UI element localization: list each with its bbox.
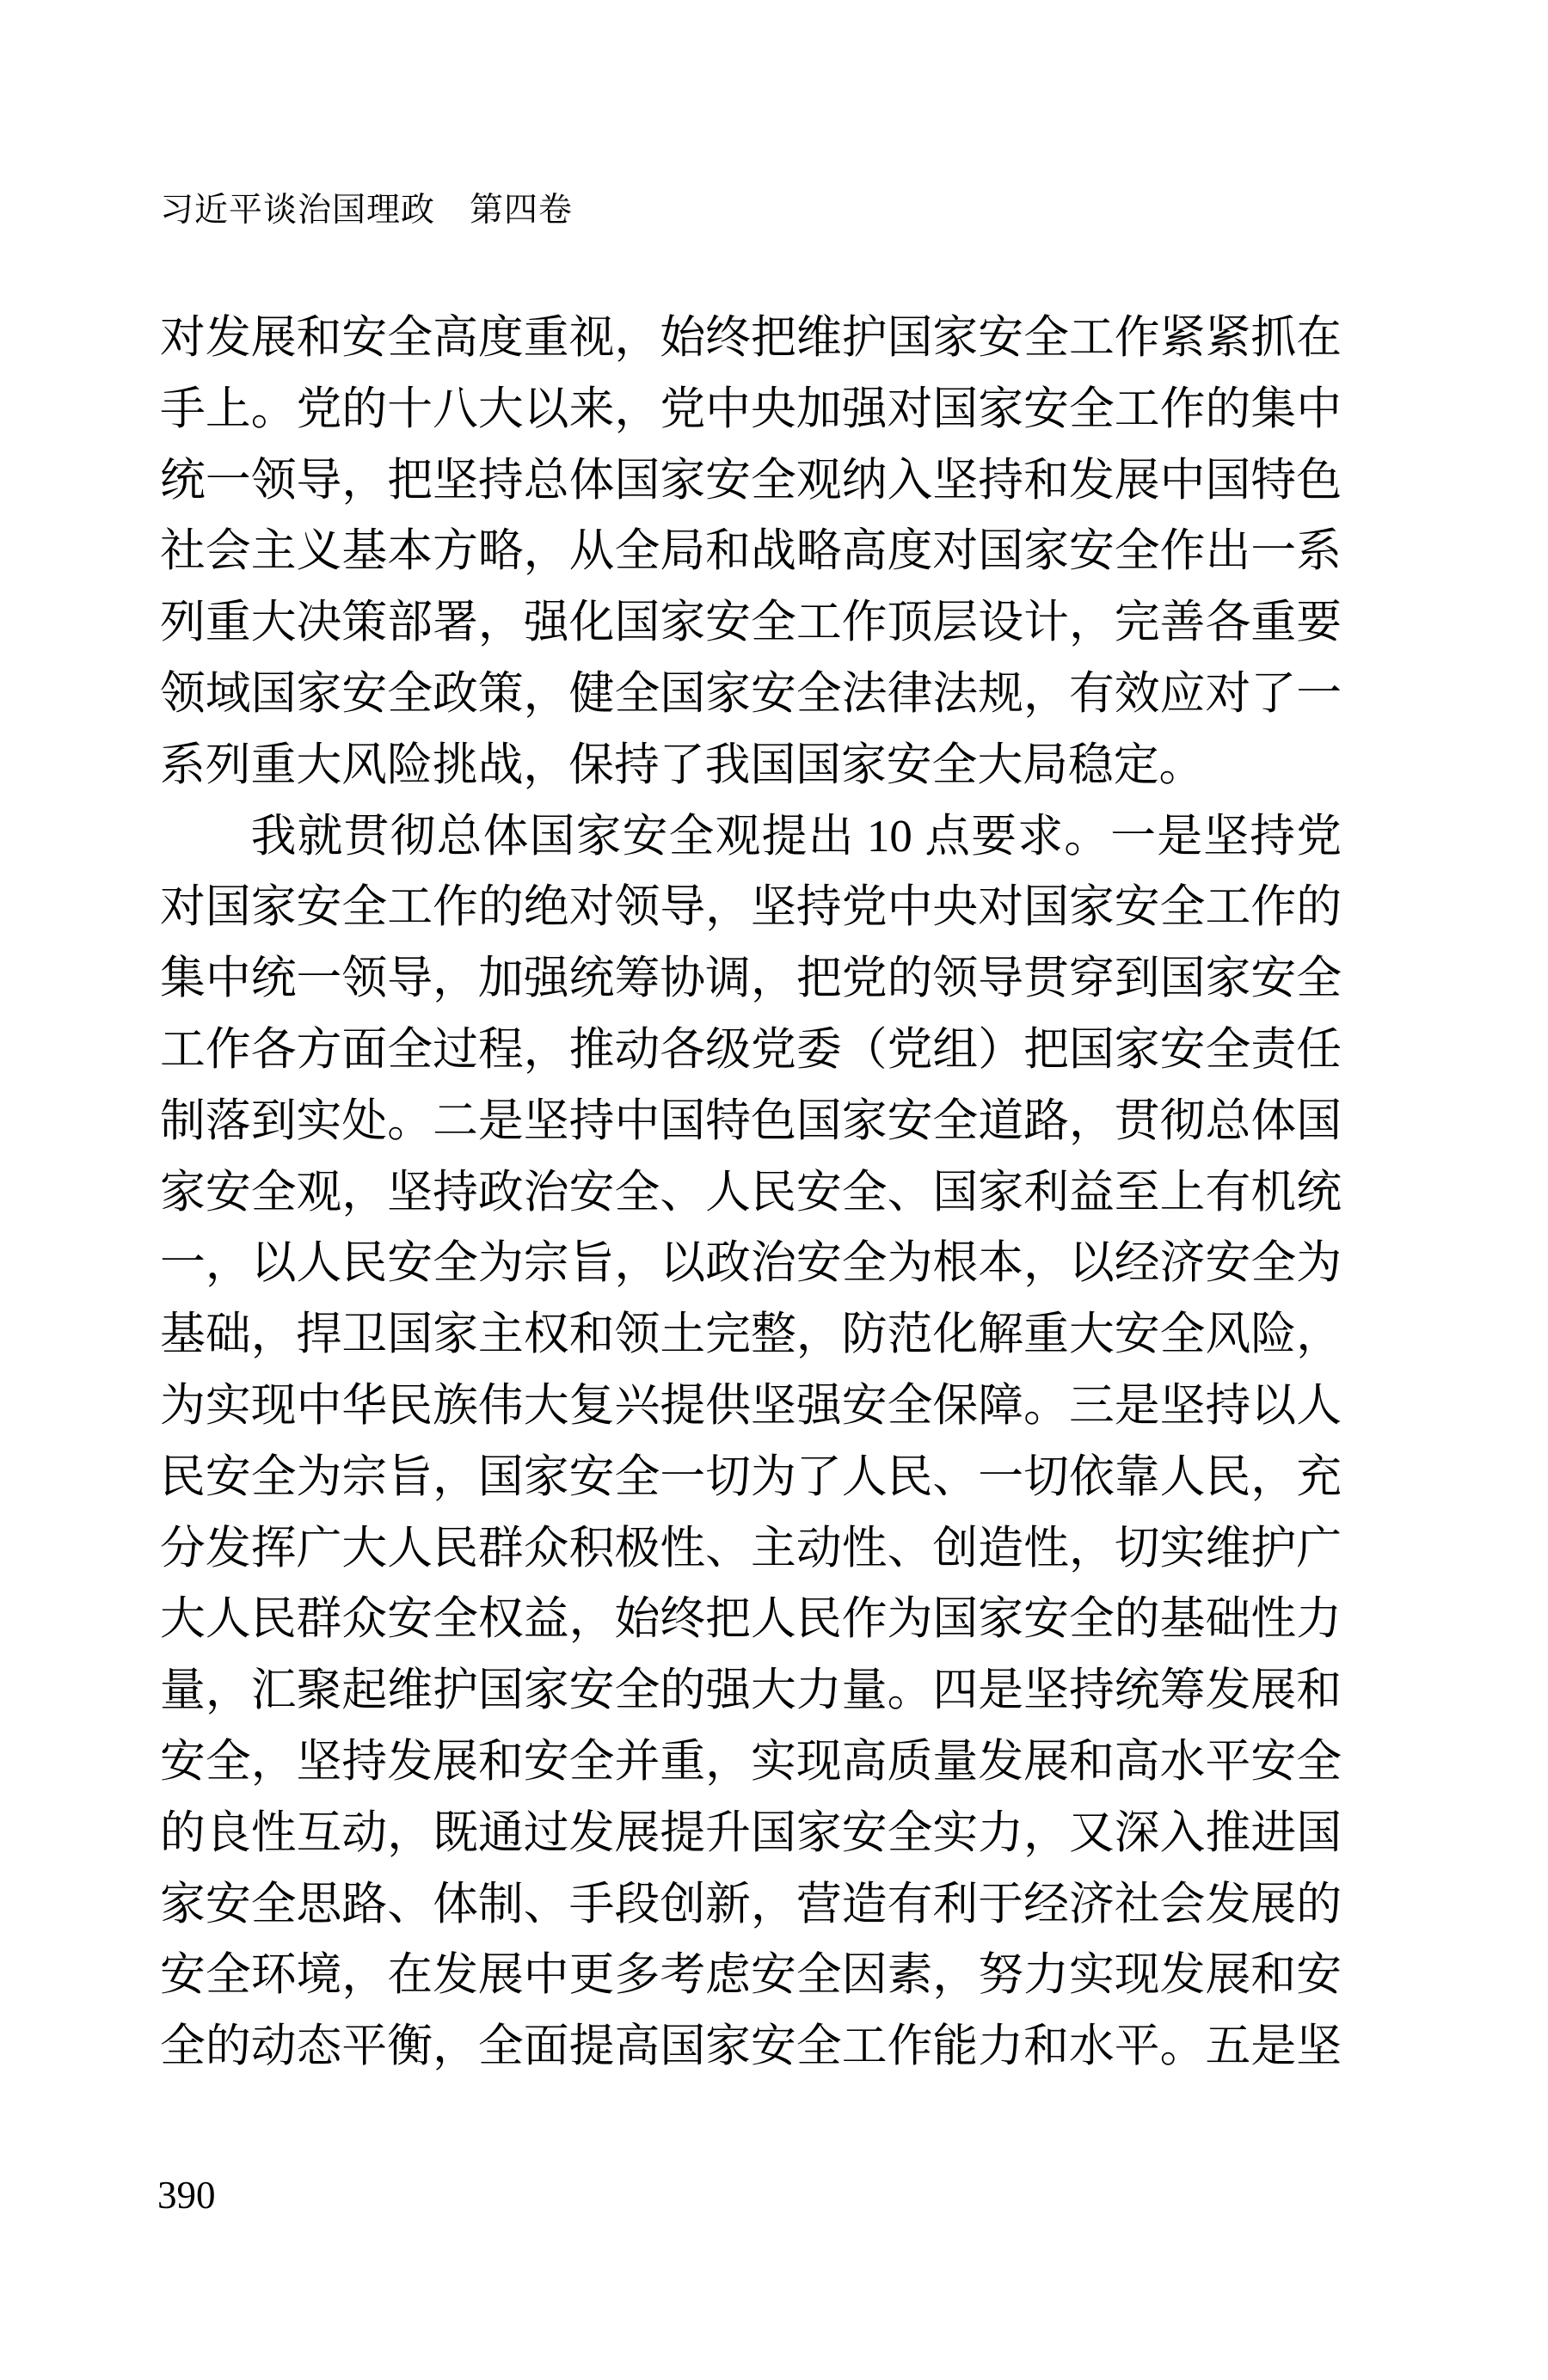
body-text-line-paragraph-end: 系列重大风险挑战，保持了我国国家安全大局稳定。 <box>160 730 1342 801</box>
body-text-line: 社会主义基本方略，从全局和战略高度对国家安全作出一系 <box>160 516 1342 587</box>
body-text-line: 家安全观，坚持政治安全、人民安全、国家利益至上有机统 <box>160 1157 1342 1229</box>
body-text-line-paragraph-start: 我就贯彻总体国家安全观提出 10 点要求。一是坚持党 <box>160 801 1342 873</box>
body-text-line: 对发展和安全高度重视，始终把维护国家安全工作紧紧抓在 <box>160 303 1342 374</box>
running-head: 习近平谈治国理政 第四卷 <box>160 191 573 230</box>
body-text-line: 安全环境，在发展中更多考虑安全因素，努力实现发展和安 <box>160 1940 1342 2011</box>
body-text-line: 民安全为宗旨，国家安全一切为了人民、一切依靠人民，充 <box>160 1442 1342 1513</box>
body-text-line: 手上。党的十八大以来，党中央加强对国家安全工作的集中 <box>160 374 1342 445</box>
body-text-line: 量，汇聚起维护国家安全的强大力量。四是坚持统筹发展和 <box>160 1655 1342 1727</box>
body-text-line: 家安全思路、体制、手段创新，营造有利于经济社会发展的 <box>160 1869 1342 1941</box>
body-text-line: 全的动态平衡，全面提高国家安全工作能力和水平。五是坚 <box>160 2011 1342 2082</box>
page-number: 390 <box>157 2174 216 2217</box>
body-text-line: 列重大决策部署，强化国家安全工作顶层设计，完善各重要 <box>160 587 1342 659</box>
book-page: 习近平谈治国理政 第四卷 对发展和安全高度重视，始终把维护国家安全工作紧紧抓在 … <box>0 0 1548 2380</box>
body-text-line: 统一领导，把坚持总体国家安全观纳入坚持和发展中国特色 <box>160 445 1342 517</box>
body-text-line: 工作各方面全过程，推动各级党委（党组）把国家安全责任 <box>160 1015 1342 1086</box>
body-text-line: 领域国家安全政策，健全国家安全法律法规，有效应对了一 <box>160 659 1342 730</box>
body-text-line: 安全，坚持发展和安全并重，实现高质量发展和高水平安全 <box>160 1727 1342 1798</box>
body-text-line: 对国家安全工作的绝对领导，坚持党中央对国家安全工作的 <box>160 872 1342 943</box>
body-text-line: 集中统一领导，加强统筹协调，把党的领导贯穿到国家安全 <box>160 943 1342 1015</box>
body-text-line: 大人民群众安全权益，始终把人民作为国家安全的基础性力 <box>160 1584 1342 1655</box>
body-text-line: 一，以人民安全为宗旨，以政治安全为根本，以经济安全为 <box>160 1228 1342 1299</box>
body-text-line: 的良性互动，既通过发展提升国家安全实力，又深入推进国 <box>160 1798 1342 1869</box>
body-text-line: 制落到实处。二是坚持中国特色国家安全道路，贯彻总体国 <box>160 1086 1342 1157</box>
body-text-line: 分发挥广大人民群众积极性、主动性、创造性，切实维护广 <box>160 1513 1342 1585</box>
body-text-line: 基础，捍卫国家主权和领土完整，防范化解重大安全风险， <box>160 1299 1342 1371</box>
body-text-line: 为实现中华民族伟大复兴提供坚强安全保障。三是坚持以人 <box>160 1371 1342 1442</box>
body-text: 对发展和安全高度重视，始终把维护国家安全工作紧紧抓在 手上。党的十八大以来，党中… <box>160 303 1342 2082</box>
